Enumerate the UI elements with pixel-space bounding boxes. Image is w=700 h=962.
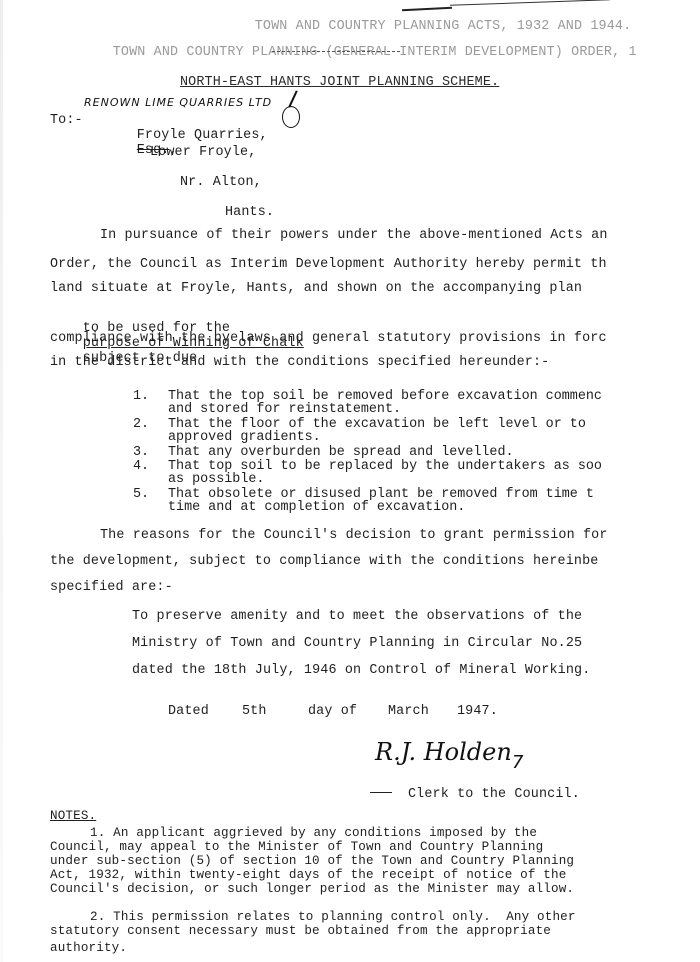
condition-line: time and at completion of excavation. [168, 500, 465, 515]
condition-item: That the floor of the excavation be left… [168, 418, 586, 444]
address-label: To:- [50, 113, 83, 128]
signature-mark: 7 [512, 752, 523, 773]
condition-number: 4. [133, 459, 149, 474]
handwritten-tick-mark [288, 90, 297, 107]
note-2-line: 2. This permission relates to planning c… [90, 910, 576, 924]
reason-line-3: dated the 18th July, 1946 on Control of … [132, 663, 590, 678]
note-1-line: Act, 1932, within twenty-eight days of t… [50, 868, 566, 882]
dated-year: 1947. [457, 704, 498, 719]
note-2-line: statutory consent necessary must be obta… [50, 924, 551, 938]
condition-number: 1. [133, 389, 149, 404]
note-1-line: under sub-section (5) of section 10 of t… [50, 854, 574, 868]
condition-line: approved gradients. [168, 430, 321, 445]
para1-line-3: land situate at Froyle, Hants, and shown… [50, 281, 582, 296]
signature-dash [370, 792, 392, 793]
condition-item: That obsolete or disused plant be remove… [168, 488, 594, 514]
para1-line-6: in the district and with the conditions … [50, 355, 549, 370]
condition-item: That any overburden be spread and levell… [168, 446, 514, 459]
para2-line-2: the development, subject to compliance w… [50, 554, 598, 569]
note-1-line: Council's decision, or such longer perio… [50, 882, 574, 896]
document-page: TOWN AND COUNTRY PLANNING ACTS, 1932 AND… [0, 0, 700, 962]
signoff-title: Clerk to the Council. [408, 787, 580, 802]
address-line-4: Hants. [225, 205, 274, 220]
dated-dayof: day of [308, 704, 357, 719]
address-line-2: Lower Froyle, [150, 145, 256, 160]
signature: R.J. Holden [375, 738, 512, 766]
para2-line-3: specified are:- [50, 580, 173, 595]
para1-line-1: In pursuance of their powers under the a… [100, 228, 608, 243]
header-line-2: TOWN AND COUNTRY PLANNING (GENERAL INTER… [113, 45, 637, 60]
condition-item: That top soil to be replaced by the unde… [168, 460, 602, 486]
scheme-title: NORTH-EAST HANTS JOINT PLANNING SCHEME. [180, 75, 499, 90]
condition-number: 5. [133, 487, 149, 502]
condition-number: 2. [133, 417, 149, 432]
handwritten-company-name: RENOWN LIME QUARRIES LTD [84, 96, 272, 109]
dated-day: 5th [242, 704, 267, 719]
note-1-line: 1. An applicant aggrieved by any conditi… [90, 826, 537, 840]
recipient-name: Froyle Quarries, [137, 128, 268, 143]
header-order-title: TOWN AND COUNTRY PLANNING (GENERAL INTER… [80, 30, 637, 75]
reason-line-1: To preserve amenity and to meet the obse… [132, 609, 582, 624]
address-line-3: Nr. Alton, [180, 175, 262, 190]
condition-line: and stored for reinstatement. [168, 402, 401, 417]
condition-line: as possible. [168, 472, 264, 487]
reason-line-2: Ministry of Town and Country Planning in… [132, 636, 582, 651]
dated-label: Dated [168, 704, 209, 719]
para1-line-5: compliance with the byelaws and general … [50, 331, 607, 346]
para1-line-2: Order, the Council as Interim Developmen… [50, 257, 607, 272]
header-divider [272, 51, 400, 52]
note-1-line: Council, may appeal to the Minister of T… [50, 840, 543, 854]
dated-month: March [388, 704, 429, 719]
handwritten-circle-mark [282, 106, 300, 128]
para2-line-1: The reasons for the Council's decision t… [100, 528, 608, 543]
condition-number: 3. [133, 445, 149, 460]
condition-line: That any overburden be spread and levell… [168, 445, 514, 460]
note-2-line: authority. [50, 941, 127, 955]
condition-item: That the top soil be removed before exca… [168, 390, 602, 416]
scan-edge [0, 0, 3, 962]
address-recipient: Froyle Quarries, Esq., [104, 113, 268, 173]
notes-heading: NOTES. [50, 809, 96, 823]
